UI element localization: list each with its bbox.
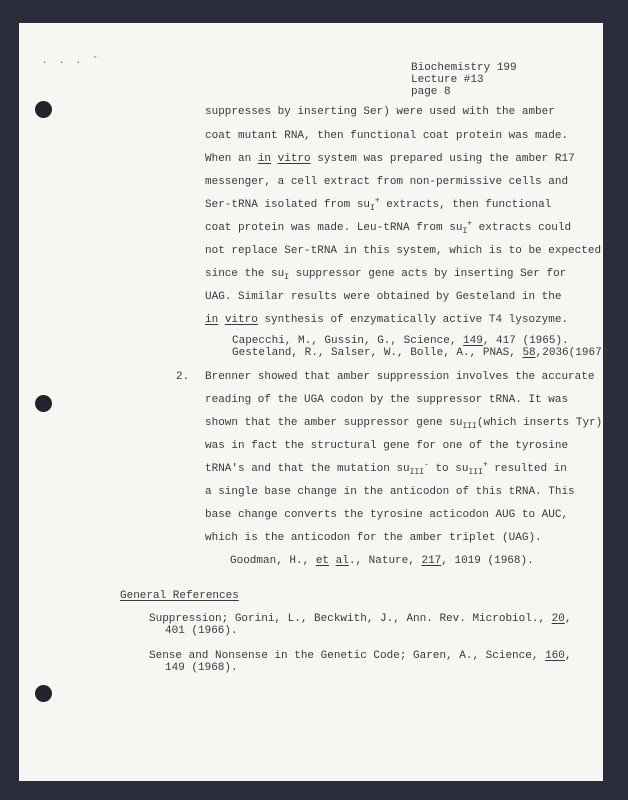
punch-hole <box>35 101 52 118</box>
citation: Gesteland, R., Salser, W., Bolle, A., PN… <box>232 347 608 359</box>
reference-item-cont: 149 (1968). <box>165 662 238 674</box>
header-page: page 8 <box>411 86 451 98</box>
text-line: coat mutant RNA, then functional coat pr… <box>205 130 568 142</box>
reference-item: Suppression; Gorini, L., Beckwith, J., A… <box>149 613 571 625</box>
text-line: a single base change in the anticodon of… <box>205 486 575 498</box>
text-line: coat protein was made. Leu-tRNA from suI… <box>205 222 571 234</box>
text-line: tRNA's and that the mutation suIII- to s… <box>205 463 567 475</box>
text-line: in vitro synthesis of enzymatically acti… <box>205 314 568 326</box>
text-line: Brenner showed that amber suppression in… <box>205 371 594 383</box>
text-line: UAG. Similar results were obtained by Ge… <box>205 291 561 303</box>
header-course: Biochemistry 199 <box>411 62 517 74</box>
text-line: shown that the amber suppressor gene suI… <box>205 417 602 429</box>
header-lecture: Lecture #13 <box>411 74 484 86</box>
text-line: Ser-tRNA isolated from suI+ extracts, th… <box>205 199 551 211</box>
text-line: which is the anticodon for the amber tri… <box>205 532 542 544</box>
text-line: When an in vitro system was prepared usi… <box>205 153 575 165</box>
margin-marks: . . . ˇ <box>42 56 101 66</box>
reference-item: Sense and Nonsense in the Genetic Code; … <box>149 650 572 662</box>
text-line: reading of the UGA codon by the suppress… <box>205 394 568 406</box>
reference-item-cont: 401 (1966). <box>165 625 238 637</box>
text-line: base change converts the tyrosine actico… <box>205 509 568 521</box>
citation: Capecchi, M., Gussin, G., Science, 149, … <box>232 335 569 347</box>
section-heading: General References <box>120 590 239 602</box>
text-line: was in fact the structural gene for one … <box>205 440 568 452</box>
punch-hole <box>35 685 52 702</box>
text-line: not replace Ser-tRNA in this system, whi… <box>205 245 601 257</box>
list-number: 2. <box>176 371 189 383</box>
text-line: since the suI suppressor gene acts by in… <box>205 268 566 280</box>
punch-hole <box>35 395 52 412</box>
citation: Goodman, H., et al., Nature, 217, 1019 (… <box>230 555 534 567</box>
text-line: suppresses by inserting Ser) were used w… <box>205 106 555 118</box>
text-line: messenger, a cell extract from non-permi… <box>205 176 568 188</box>
